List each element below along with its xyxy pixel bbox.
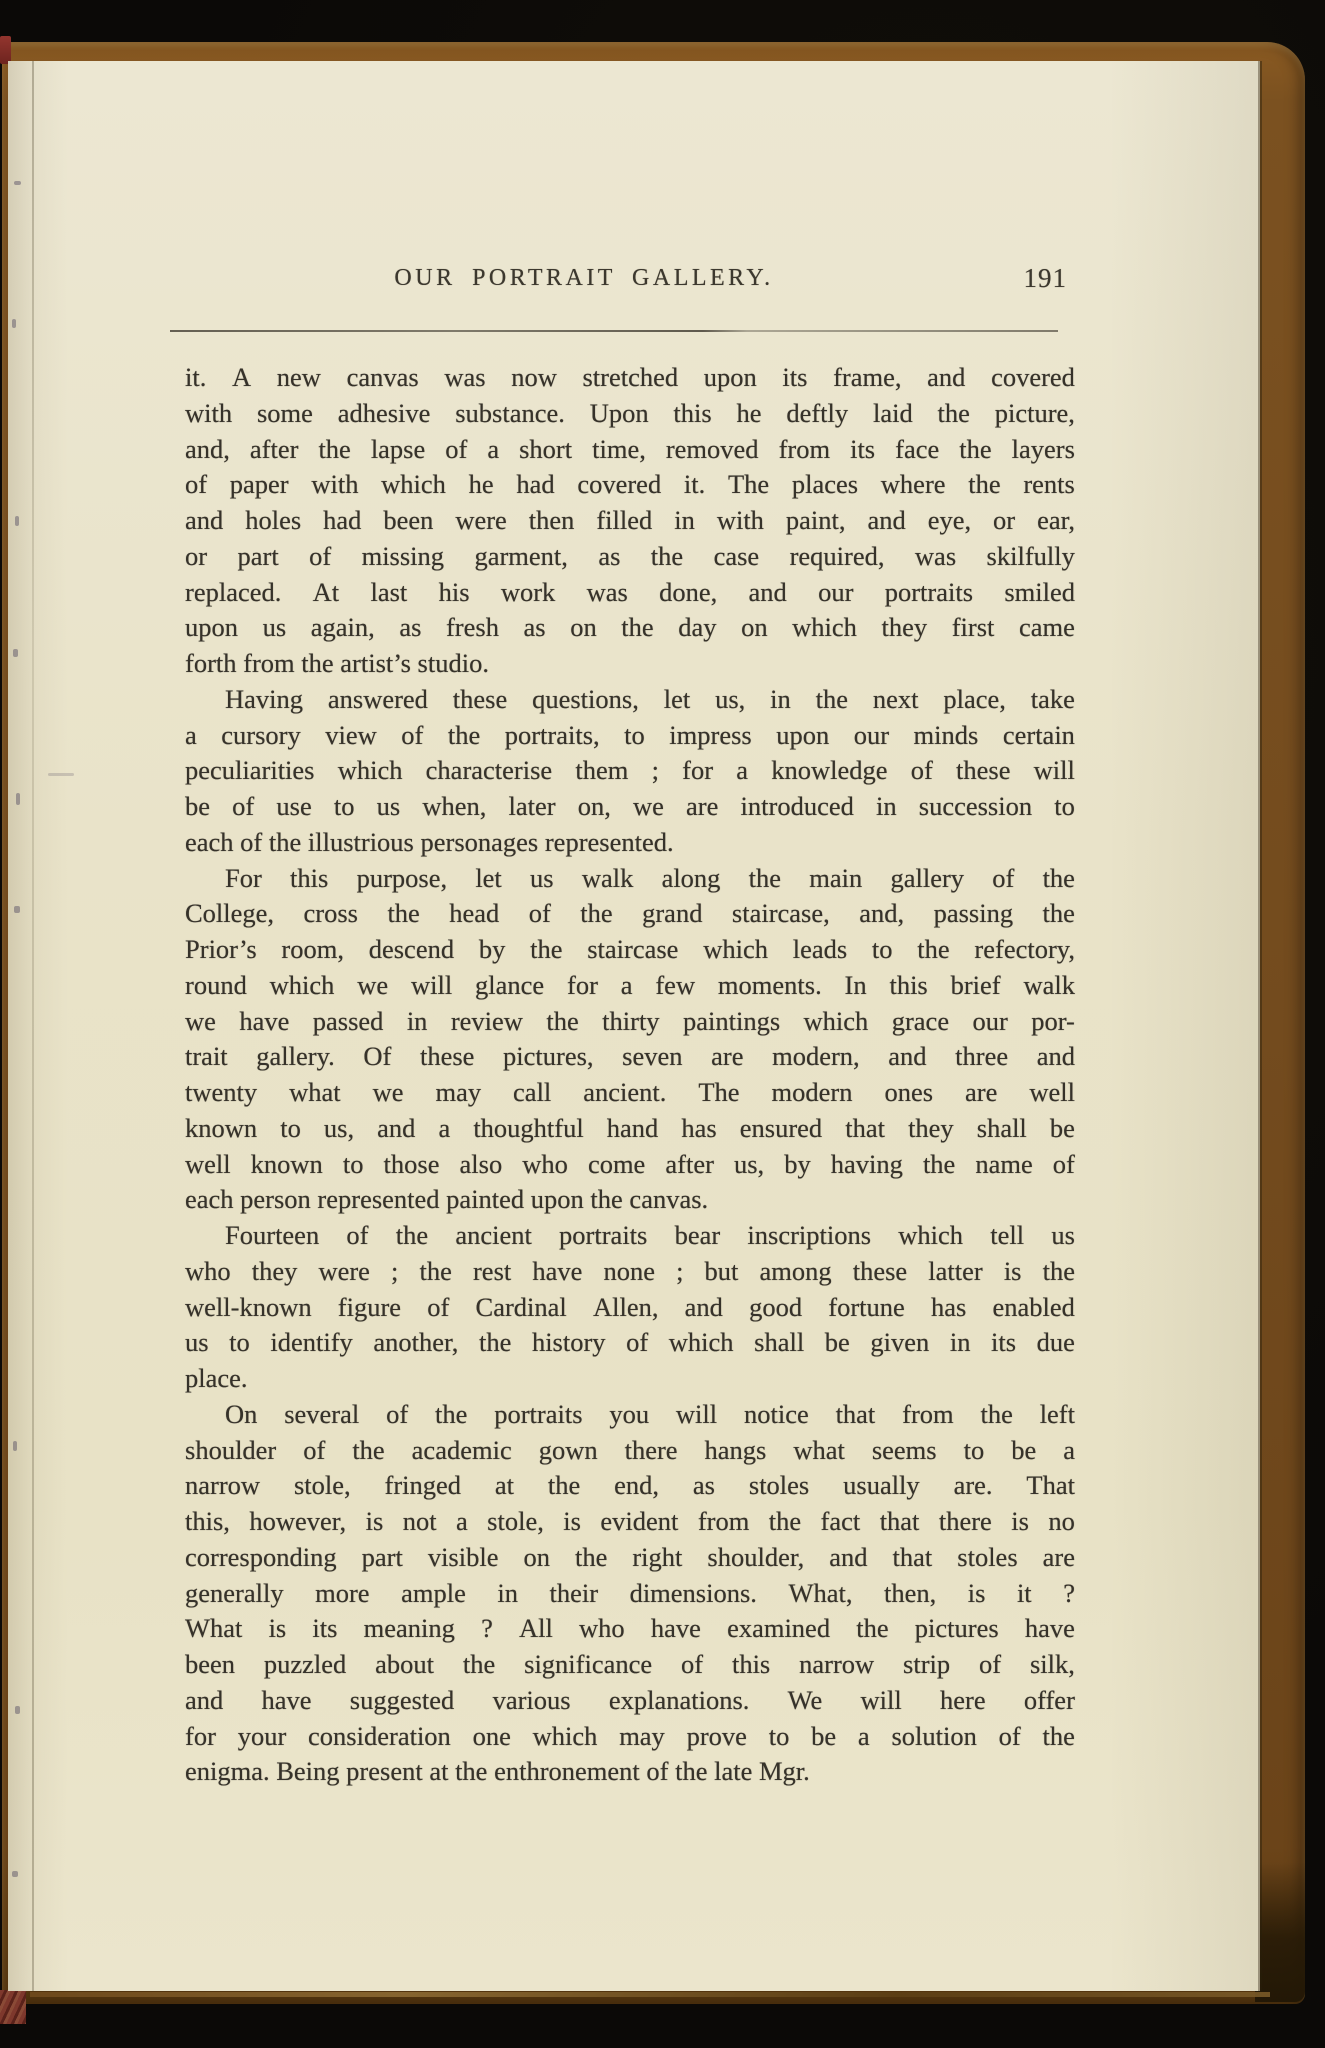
- pen-mark: [13, 649, 18, 657]
- binding-red-bottom: [0, 1990, 26, 2024]
- pen-mark: [12, 319, 16, 328]
- text-line-p2-l4: beofusetouswhen,lateron,weareintroducedi…: [185, 789, 1075, 825]
- text-line-p3-l2: College,crosstheheadofthegrandstaircase,…: [185, 896, 1075, 932]
- cover-bottom-edge: [30, 1992, 1270, 1997]
- text-line-p2-l2: acursoryviewoftheportraits,toimpressupon…: [185, 718, 1075, 754]
- text-line-p5-l6: generallymoreampleintheirdimensions.What…: [185, 1576, 1075, 1612]
- text-line-p1-l7: replaced.Atlasthisworkwasdone,andourport…: [185, 575, 1075, 611]
- text-line-p1-l3: and,afterthelapseofashorttime,removedfro…: [185, 432, 1075, 468]
- text-line-p2-l5: each of the illustrious personages repre…: [185, 825, 1075, 861]
- header-rule: [170, 330, 1058, 332]
- text-line-p5-l9: andhavesuggestedvariousexplanations.Wewi…: [185, 1683, 1075, 1719]
- text-line-p5-l4: this,however,isnotastole,isevidentfromth…: [185, 1504, 1075, 1540]
- text-line-p1-l9: forth from the artist’s studio.: [185, 646, 1075, 682]
- pen-mark: [15, 1706, 20, 1714]
- pen-mark: [48, 773, 74, 776]
- text-line-p1-l8: uponusagain,asfreshasonthedayonwhichthey…: [185, 610, 1075, 646]
- text-line-p2-l1: Havingansweredthesequestions,letus,inthe…: [185, 682, 1075, 718]
- text-line-p5-l8: beenpuzzledaboutthesignificanceofthisnar…: [185, 1647, 1075, 1683]
- pen-mark: [13, 1441, 17, 1451]
- text-line-p3-l8: knowntous,andathoughtfulhandhasensuredth…: [185, 1111, 1075, 1147]
- text-line-p3-l1: Forthispurpose,letuswalkalongthemaingall…: [185, 861, 1075, 897]
- pen-mark: [14, 181, 21, 185]
- text-line-p4-l3: well-knownfigureofCardinalAllen,andgoodf…: [185, 1290, 1075, 1326]
- text-line-p5-l2: shoulderoftheacademicgowntherehangswhats…: [185, 1433, 1075, 1469]
- text-line-p4-l4: ustoidentifyanother,thehistoryofwhichsha…: [185, 1325, 1075, 1361]
- text-line-p5-l10: foryourconsiderationonewhichmayprovetobe…: [185, 1719, 1075, 1755]
- text-line-p5-l3: narrowstole,fringedattheend,asstolesusua…: [185, 1468, 1075, 1504]
- text-line-p1-l1: it.Anewcanvaswasnowstretcheduponitsframe…: [185, 360, 1075, 396]
- book-page: OUR PORTRAIT GALLERY. 191 it.Anewcanvasw…: [8, 61, 1260, 1991]
- page-header: OUR PORTRAIT GALLERY. 191: [185, 261, 1075, 297]
- text-line-p3-l9: wellknowntothosealsowhocomeafterus,byhav…: [185, 1147, 1075, 1183]
- pen-mark: [16, 793, 20, 805]
- text-line-p5-l1: Onseveraloftheportraitsyouwillnoticethat…: [185, 1397, 1075, 1433]
- text-line-p3-l6: traitgallery.Ofthesepictures,sevenaremod…: [185, 1039, 1075, 1075]
- page-body: it.Anewcanvaswasnowstretcheduponitsframe…: [185, 360, 1075, 1790]
- page-title: OUR PORTRAIT GALLERY.: [394, 265, 773, 292]
- text-line-p5-l11: enigma. Being present at the enthronemen…: [185, 1754, 1075, 1790]
- text-line-p2-l3: peculiaritieswhichcharacterisethem;forak…: [185, 753, 1075, 789]
- text-line-p1-l5: andholeshadbeenwerethenfilledinwithpaint…: [185, 503, 1075, 539]
- text-line-p1-l2: withsomeadhesivesubstance.Uponthishedeft…: [185, 396, 1075, 432]
- page-number: 191: [1024, 263, 1068, 294]
- text-line-p1-l6: orpartofmissinggarment,asthecaserequired…: [185, 539, 1075, 575]
- pen-mark: [12, 1871, 18, 1877]
- gutter-crease: [32, 61, 34, 1991]
- text-line-p3-l4: roundwhichwewillglanceforafewmoments.Int…: [185, 968, 1075, 1004]
- text-line-p5-l7: Whatisitsmeaning?Allwhohaveexaminedthepi…: [185, 1611, 1075, 1647]
- text-line-p3-l10: each person represented painted upon the…: [185, 1182, 1075, 1218]
- text-line-p3-l7: twentywhatwemaycallancient.Themodernones…: [185, 1075, 1075, 1111]
- binding-red-top: [0, 36, 11, 64]
- text-line-p1-l4: ofpaperwithwhichhehadcoveredit.Theplaces…: [185, 467, 1075, 503]
- cover-dark-corner: [1255, 1862, 1305, 2002]
- text-line-p5-l5: correspondingpartvisibleontherightshould…: [185, 1540, 1075, 1576]
- text-line-p4-l1: Fourteenoftheancientportraitsbearinscrip…: [185, 1218, 1075, 1254]
- text-line-p4-l2: whotheywere;theresthavenone;butamongthes…: [185, 1254, 1075, 1290]
- pen-mark: [14, 906, 20, 913]
- text-line-p4-l5: place.: [185, 1361, 1075, 1397]
- photo-background: OUR PORTRAIT GALLERY. 191 it.Anewcanvasw…: [0, 0, 1325, 2048]
- text-line-p3-l5: wehavepassedinreviewthethirtypaintingswh…: [185, 1004, 1075, 1040]
- pen-mark: [15, 516, 19, 526]
- text-line-p3-l3: Prior’sroom,descendbythestaircasewhichle…: [185, 932, 1075, 968]
